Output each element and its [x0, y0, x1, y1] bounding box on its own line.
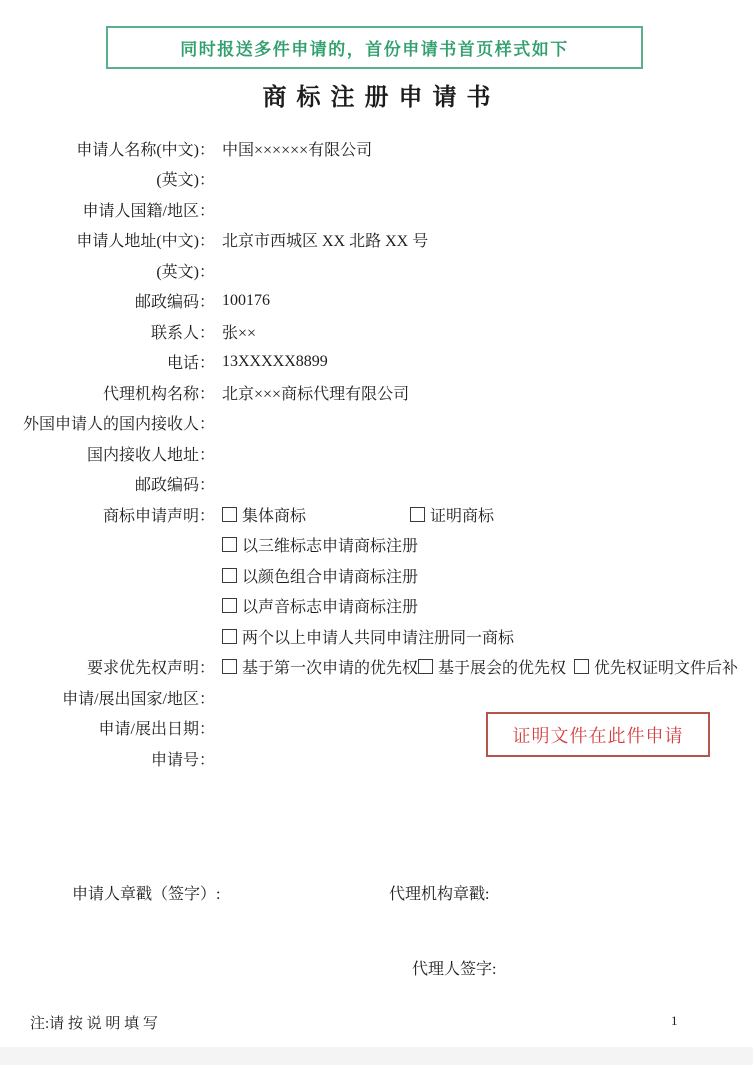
checkbox-icon[interactable]: [410, 507, 425, 522]
field-label: 国内接收人地址：: [0, 442, 215, 465]
checkbox-icon[interactable]: [222, 659, 237, 674]
priority-label: 要求优先权声明：: [0, 655, 215, 678]
form-field-row: 代理机构名称： 北京×××商标代理有限公司: [0, 377, 753, 408]
form-field-row: 国内接收人地址：: [0, 438, 753, 469]
field-label: 申请人国籍/地区：: [0, 198, 215, 221]
page-title: 商标注册申请书: [0, 77, 753, 112]
form-field-row: 联系人： 张××: [0, 316, 753, 347]
checkbox-icon[interactable]: [222, 537, 237, 552]
checkbox-option-3d-mark: 以三维标志申请商标注册: [222, 533, 418, 556]
field-value: 北京市西城区 XX 北路 XX 号: [222, 228, 428, 251]
page-bottom-edge: [0, 1047, 753, 1065]
checkbox-option-priority-doc-later: 优先权证明文件后补: [574, 655, 738, 678]
checkbox-option-first-filing-priority: 基于第一次申请的优先权: [222, 655, 418, 678]
certificate-note-box: 证明文件在此件申请: [486, 712, 710, 757]
checkbox-label: 以声音标志申请商标注册: [242, 594, 418, 617]
checkbox-label: 集体商标: [242, 503, 306, 526]
agent-signature-label: 代理人签字:: [412, 956, 496, 979]
declaration-row: 商标申请声明： 集体商标 证明商标: [0, 499, 753, 530]
trademark-application-form: { "banner": { "text": "同时报送多件申请的，首份申请书首页…: [0, 0, 753, 1065]
field-label: 电话：: [0, 350, 215, 373]
field-label: 邮政编码：: [0, 289, 215, 312]
checkbox-icon[interactable]: [574, 659, 589, 674]
page-number: 1: [671, 1013, 678, 1029]
notice-banner-text: 同时报送多件申请的，首份申请书首页样式如下: [180, 35, 569, 60]
declaration-row: 以声音标志申请商标注册: [0, 591, 753, 622]
certificate-note-text: 证明文件在此件申请: [513, 722, 684, 748]
declaration-row: 以颜色组合申请商标注册: [0, 560, 753, 591]
field-label: 代理机构名称：: [0, 381, 215, 404]
declaration-row: 以三维标志申请商标注册: [0, 530, 753, 561]
field-label: 申请/展出国家/地区：: [0, 686, 215, 709]
field-label: (英文)：: [0, 259, 215, 282]
checkbox-option-exhibition-priority: 基于展会的优先权: [418, 655, 566, 678]
checkbox-option-collective-mark: 集体商标: [222, 503, 306, 526]
checkbox-icon[interactable]: [222, 598, 237, 613]
field-value: 100176: [222, 292, 270, 310]
agency-seal-label: 代理机构章戳:: [389, 881, 489, 904]
form-field-row: (英文)：: [0, 255, 753, 286]
form-field-row: (英文)：: [0, 164, 753, 195]
declaration-row: 两个以上申请人共同申请注册同一商标: [0, 621, 753, 652]
form-field-row: 邮政编码：: [0, 469, 753, 500]
form-field-row: 外国申请人的国内接收人：: [0, 408, 753, 439]
checkbox-option-sound-mark: 以声音标志申请商标注册: [222, 594, 418, 617]
checkbox-icon[interactable]: [222, 507, 237, 522]
field-value: 中国××××××有限公司: [222, 137, 372, 160]
field-label: 申请人名称(中文)：: [0, 137, 215, 160]
field-label: 联系人：: [0, 320, 215, 343]
form-field-row: 邮政编码： 100176: [0, 286, 753, 317]
checkbox-option-joint-application: 两个以上申请人共同申请注册同一商标: [222, 625, 514, 648]
form-field-row: 申请/展出国家/地区：: [0, 682, 753, 713]
form-body: 申请人名称(中文)： 中国××××××有限公司 (英文)： 申请人国籍/地区： …: [0, 133, 753, 774]
field-value: 13XXXXX8899: [222, 353, 328, 371]
field-label: 申请号：: [0, 747, 215, 770]
declaration-label: 商标申请声明：: [0, 503, 215, 526]
checkbox-icon[interactable]: [222, 568, 237, 583]
field-value: 张××: [222, 320, 256, 343]
checkbox-label: 以三维标志申请商标注册: [242, 533, 418, 556]
field-label: 邮政编码：: [0, 472, 215, 495]
checkbox-label: 基于第一次申请的优先权: [242, 655, 418, 678]
field-label: 申请/展出日期：: [0, 716, 215, 739]
checkbox-label: 优先权证明文件后补: [594, 655, 738, 678]
checkbox-label: 两个以上申请人共同申请注册同一商标: [242, 625, 514, 648]
applicant-seal-label: 申请人章戳（签字）:: [72, 881, 220, 904]
field-label: 外国申请人的国内接收人：: [0, 411, 215, 434]
checkbox-label: 以颜色组合申请商标注册: [242, 564, 418, 587]
checkbox-icon[interactable]: [222, 629, 237, 644]
priority-row: 要求优先权声明： 基于第一次申请的优先权 基于展会的优先权 优先权证明文件后补: [0, 652, 753, 683]
field-label: (英文)：: [0, 167, 215, 190]
footer-note: 注:请 按 说 明 填 写: [30, 1012, 158, 1033]
form-field-row: 电话： 13XXXXX8899: [0, 347, 753, 378]
form-field-row: 申请人名称(中文)： 中国××××××有限公司: [0, 133, 753, 164]
checkbox-option-certification-mark: 证明商标: [410, 503, 494, 526]
checkbox-icon[interactable]: [418, 659, 433, 674]
field-value: 北京×××商标代理有限公司: [222, 381, 409, 404]
checkbox-option-color-mark: 以颜色组合申请商标注册: [222, 564, 418, 587]
checkbox-label: 证明商标: [430, 503, 494, 526]
field-label: 申请人地址(中文)：: [0, 228, 215, 251]
notice-banner: 同时报送多件申请的，首份申请书首页样式如下: [106, 26, 643, 69]
form-field-row: 申请人地址(中文)： 北京市西城区 XX 北路 XX 号: [0, 225, 753, 256]
form-field-row: 申请人国籍/地区：: [0, 194, 753, 225]
checkbox-label: 基于展会的优先权: [438, 655, 566, 678]
